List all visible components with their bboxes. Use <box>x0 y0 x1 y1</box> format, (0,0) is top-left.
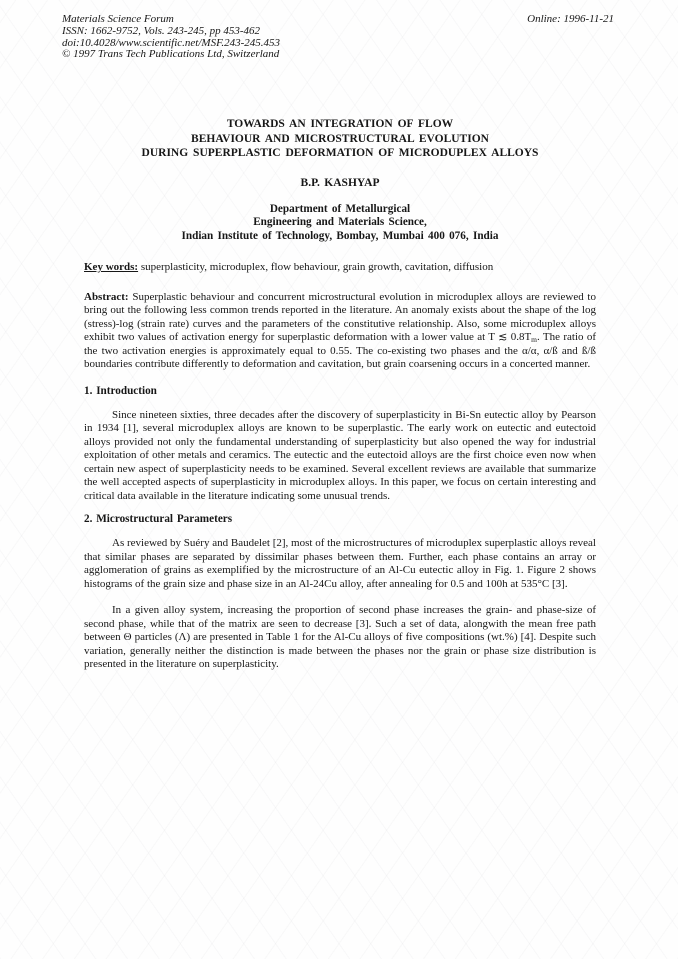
online-date: Online: 1996-11-21 <box>527 14 614 26</box>
keywords-label: Key words: <box>84 261 138 273</box>
affiliation-line-2: Engineering and Materials Science, <box>84 216 596 230</box>
section-1-heading: 1. Introduction <box>84 384 596 398</box>
publication-header: Materials Science Forum ISSN: 1662-9752,… <box>62 14 614 61</box>
keywords-line: Key words: superplasticity, microduplex,… <box>84 261 596 275</box>
affiliation-line-1: Department of Metallurgical <box>84 203 596 217</box>
section-introduction: 1. Introduction Since nineteen sixties, … <box>84 384 596 504</box>
section-2-paragraph-2: In a given alloy system, increasing the … <box>84 604 596 672</box>
abstract: Abstract: Superplastic behaviour and con… <box>84 291 596 372</box>
affiliation-line-3: Indian Institute of Technology, Bombay, … <box>84 230 596 244</box>
section-1-paragraph-1: Since nineteen sixties, three decades af… <box>84 409 596 504</box>
section-microstructural-parameters: 2. Microstructural Parameters As reviewe… <box>84 512 596 672</box>
abstract-text-1: Superplastic behaviour and concurrent mi… <box>84 291 596 344</box>
keywords-text: superplasticity, microduplex, flow behav… <box>138 261 493 273</box>
copyright-line: © 1997 Trans Tech Publications Ltd, Swit… <box>62 49 280 61</box>
issn-line: ISSN: 1662-9752, Vols. 243-245, pp 453-4… <box>62 26 280 38</box>
abstract-label: Abstract: <box>84 291 129 303</box>
paper-page: Materials Science Forum ISSN: 1662-9752,… <box>0 0 678 959</box>
paper-content: TOWARDS AN INTEGRATION OF FLOW BEHAVIOUR… <box>84 117 596 672</box>
author-affiliation: Department of Metallurgical Engineering … <box>84 203 596 244</box>
title-line-1: TOWARDS AN INTEGRATION OF FLOW <box>84 117 596 132</box>
title-line-2: BEHAVIOUR AND MICROSTRUCTURAL EVOLUTION <box>84 132 596 147</box>
publication-info: Materials Science Forum ISSN: 1662-9752,… <box>62 14 280 61</box>
paper-title: TOWARDS AN INTEGRATION OF FLOW BEHAVIOUR… <box>84 117 596 161</box>
section-2-paragraph-1: As reviewed by Suéry and Baudelet [2], m… <box>84 537 596 591</box>
section-2-heading: 2. Microstructural Parameters <box>84 512 596 526</box>
title-line-3: DURING SUPERPLASTIC DEFORMATION OF MICRO… <box>84 146 596 161</box>
author-name: B.P. KASHYAP <box>84 176 596 190</box>
